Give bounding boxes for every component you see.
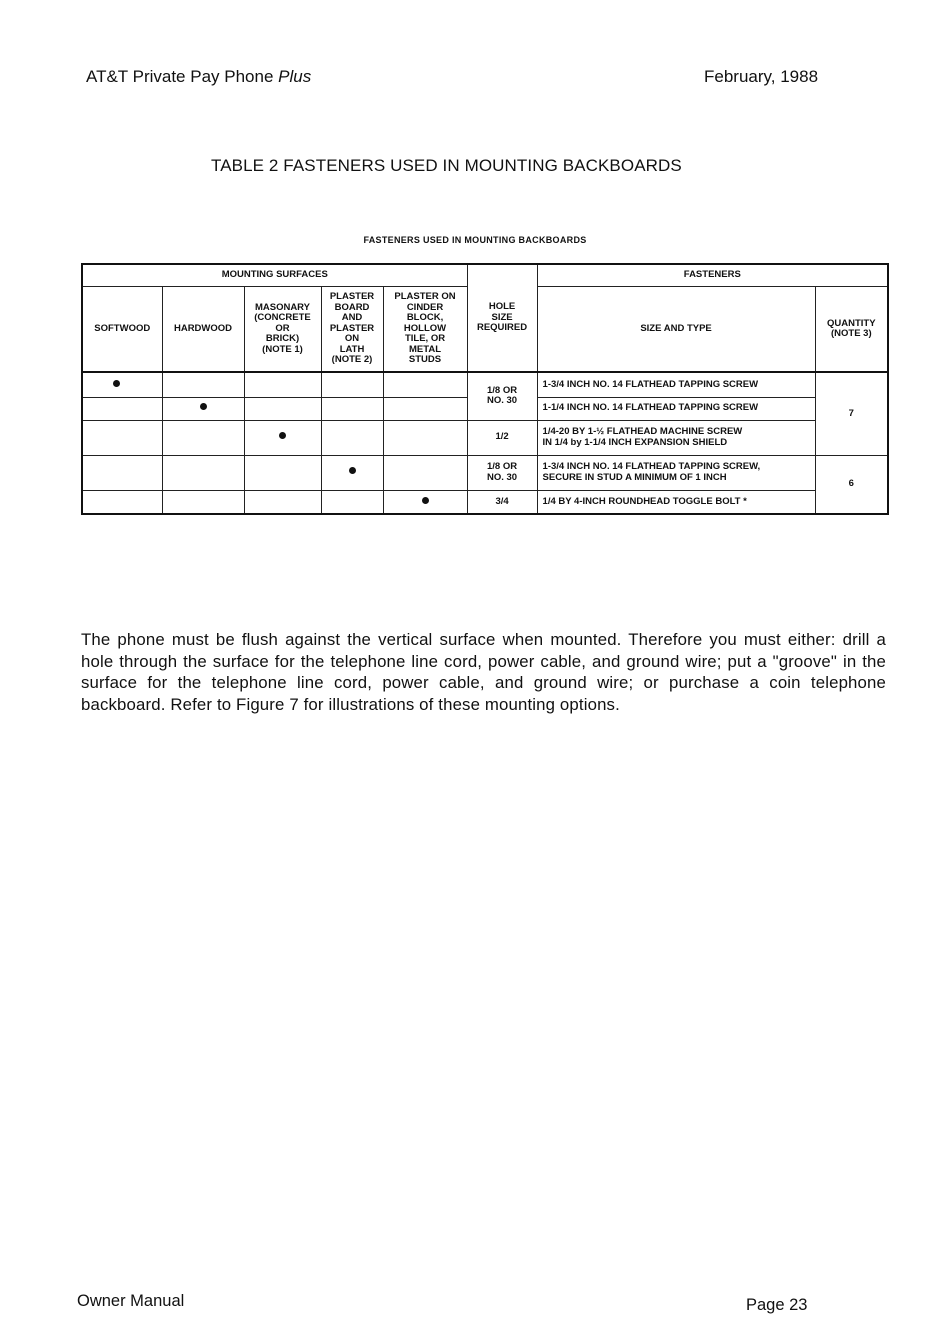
masonary-cell xyxy=(244,372,321,397)
filled-circle-icon xyxy=(349,467,356,474)
quantity-header: QUANTITY(NOTE 3) xyxy=(815,287,888,373)
masonary-cell xyxy=(244,455,321,490)
hole-size-cell: 1/8 ORNO. 30 xyxy=(467,455,537,490)
table-row: 1/8 ORNO. 30 1-3/4 INCH NO. 14 FLATHEAD … xyxy=(82,455,888,490)
hardwood-cell xyxy=(162,455,244,490)
hardwood-cell xyxy=(162,397,244,420)
plaster-cinder-cell xyxy=(383,397,467,420)
cell-text-line: SECURE IN STUD A MINIMUM OF 1 INCH xyxy=(543,473,811,484)
table-title-text: TABLE 2 FASTENERS USED IN MOUNTING BACKB… xyxy=(211,156,682,176)
plaster-cinder-cell xyxy=(383,372,467,397)
fastener-cell: 1/4-20 BY 1-½ FLATHEAD MACHINE SCREWIN 1… xyxy=(537,420,815,455)
softwood-cell xyxy=(82,397,162,420)
masonary-cell xyxy=(244,420,321,455)
cell-text-line: (NOTE 3) xyxy=(820,329,884,340)
cell-text-line: 1/2 xyxy=(472,432,533,443)
softwood-header: SOFTWOOD xyxy=(82,287,162,373)
hardwood-cell xyxy=(162,420,244,455)
softwood-cell xyxy=(82,420,162,455)
table-row: 1/2 1/4-20 BY 1-½ FLATHEAD MACHINE SCREW… xyxy=(82,420,888,455)
cell-text-line: 1/4-20 BY 1-½ FLATHEAD MACHINE SCREW xyxy=(543,427,811,438)
plaster-cinder-cell xyxy=(383,420,467,455)
plaster-cinder-cell xyxy=(383,490,467,514)
plaster-board-cell xyxy=(321,372,383,397)
cell-text-line: 1/4 BY 4-INCH ROUNDHEAD TOGGLE BOLT * xyxy=(543,497,811,508)
cell-text-line: 3/4 xyxy=(472,497,533,508)
cell-text-line: 1-3/4 INCH NO. 14 FLATHEAD TAPPING SCREW… xyxy=(543,462,811,473)
table-row: 1/8 ORNO. 30 1-3/4 INCH NO. 14 FLATHEAD … xyxy=(82,372,888,397)
fastener-cell: 1-3/4 INCH NO. 14 FLATHEAD TAPPING SCREW xyxy=(537,372,815,397)
hole-size-cell: 1/8 ORNO. 30 xyxy=(467,372,537,420)
filled-circle-icon xyxy=(279,432,286,439)
body-paragraph: The phone must be flush against the vert… xyxy=(81,629,886,715)
cell-text-line: NO. 30 xyxy=(472,473,533,484)
plaster-board-cell xyxy=(321,420,383,455)
cell-text-line: (NOTE 1) xyxy=(249,345,317,356)
plaster-board-header: PLASTERBOARDANDPLASTERONLATH(NOTE 2) xyxy=(321,287,383,373)
product-name-suffix: Plus xyxy=(278,67,311,86)
fastener-cell: 1-3/4 INCH NO. 14 FLATHEAD TAPPING SCREW… xyxy=(537,455,815,490)
cell-text-line: 1-3/4 INCH NO. 14 FLATHEAD TAPPING SCREW xyxy=(543,380,811,391)
size-and-type-header: SIZE AND TYPE xyxy=(537,287,815,373)
hole-size-cell: 3/4 xyxy=(467,490,537,514)
footer-page-number: Page 23 xyxy=(746,1296,807,1315)
cell-text-line: 1/8 OR xyxy=(472,462,533,473)
quantity-cell: 6 xyxy=(815,455,888,514)
filled-circle-icon xyxy=(113,380,120,387)
cell-text-line: (NOTE 2) xyxy=(326,355,379,366)
hole-size-header: HOLESIZEREQUIRED xyxy=(467,264,537,372)
fastener-cell: 1-1/4 INCH NO. 14 FLATHEAD TAPPING SCREW xyxy=(537,397,815,420)
plaster-board-cell xyxy=(321,397,383,420)
masonary-header: MASONARY(CONCRETEORBRICK)(NOTE 1) xyxy=(244,287,321,373)
product-name: AT&T Private Pay Phone xyxy=(86,67,278,86)
fasteners-table: MOUNTING SURFACES HOLESIZEREQUIRED FASTE… xyxy=(81,263,889,515)
quantity-cell: 7 xyxy=(815,372,888,455)
footer-document-name: Owner Manual xyxy=(77,1292,184,1311)
mounting-surfaces-header: MOUNTING SURFACES xyxy=(82,264,467,287)
fastener-cell: 1/4 BY 4-INCH ROUNDHEAD TOGGLE BOLT * xyxy=(537,490,815,514)
plaster-cinder-header: PLASTER ONCINDERBLOCK,HOLLOWTILE, ORMETA… xyxy=(383,287,467,373)
cell-text-line: NO. 30 xyxy=(472,396,533,407)
table-group-header-row: MOUNTING SURFACES HOLESIZEREQUIRED FASTE… xyxy=(82,264,888,287)
cell-text-line: REQUIRED xyxy=(472,323,533,334)
cell-text-line: IN 1/4 by 1-1/4 INCH EXPANSION SHIELD xyxy=(543,438,811,449)
filled-circle-icon xyxy=(422,497,429,504)
softwood-cell xyxy=(82,372,162,397)
cell-text-line: STUDS xyxy=(388,355,463,366)
plaster-board-cell xyxy=(321,455,383,490)
hardwood-header: HARDWOOD xyxy=(162,287,244,373)
filled-circle-icon xyxy=(200,403,207,410)
running-header-date: February, 1988 xyxy=(704,67,818,87)
hardwood-cell xyxy=(162,490,244,514)
fasteners-header: FASTENERS xyxy=(537,264,888,287)
hole-size-cell: 1/2 xyxy=(467,420,537,455)
cell-text-line: 1-1/4 INCH NO. 14 FLATHEAD TAPPING SCREW xyxy=(543,403,811,414)
running-header-product: AT&T Private Pay Phone Plus xyxy=(86,67,311,87)
masonary-cell xyxy=(244,490,321,514)
softwood-cell xyxy=(82,490,162,514)
table-row: 3/4 1/4 BY 4-INCH ROUNDHEAD TOGGLE BOLT … xyxy=(82,490,888,514)
plaster-board-cell xyxy=(321,490,383,514)
table-caption: FASTENERS USED IN MOUNTING BACKBOARDS xyxy=(0,235,950,245)
hardwood-cell xyxy=(162,372,244,397)
masonary-cell xyxy=(244,397,321,420)
plaster-cinder-cell xyxy=(383,455,467,490)
softwood-cell xyxy=(82,455,162,490)
